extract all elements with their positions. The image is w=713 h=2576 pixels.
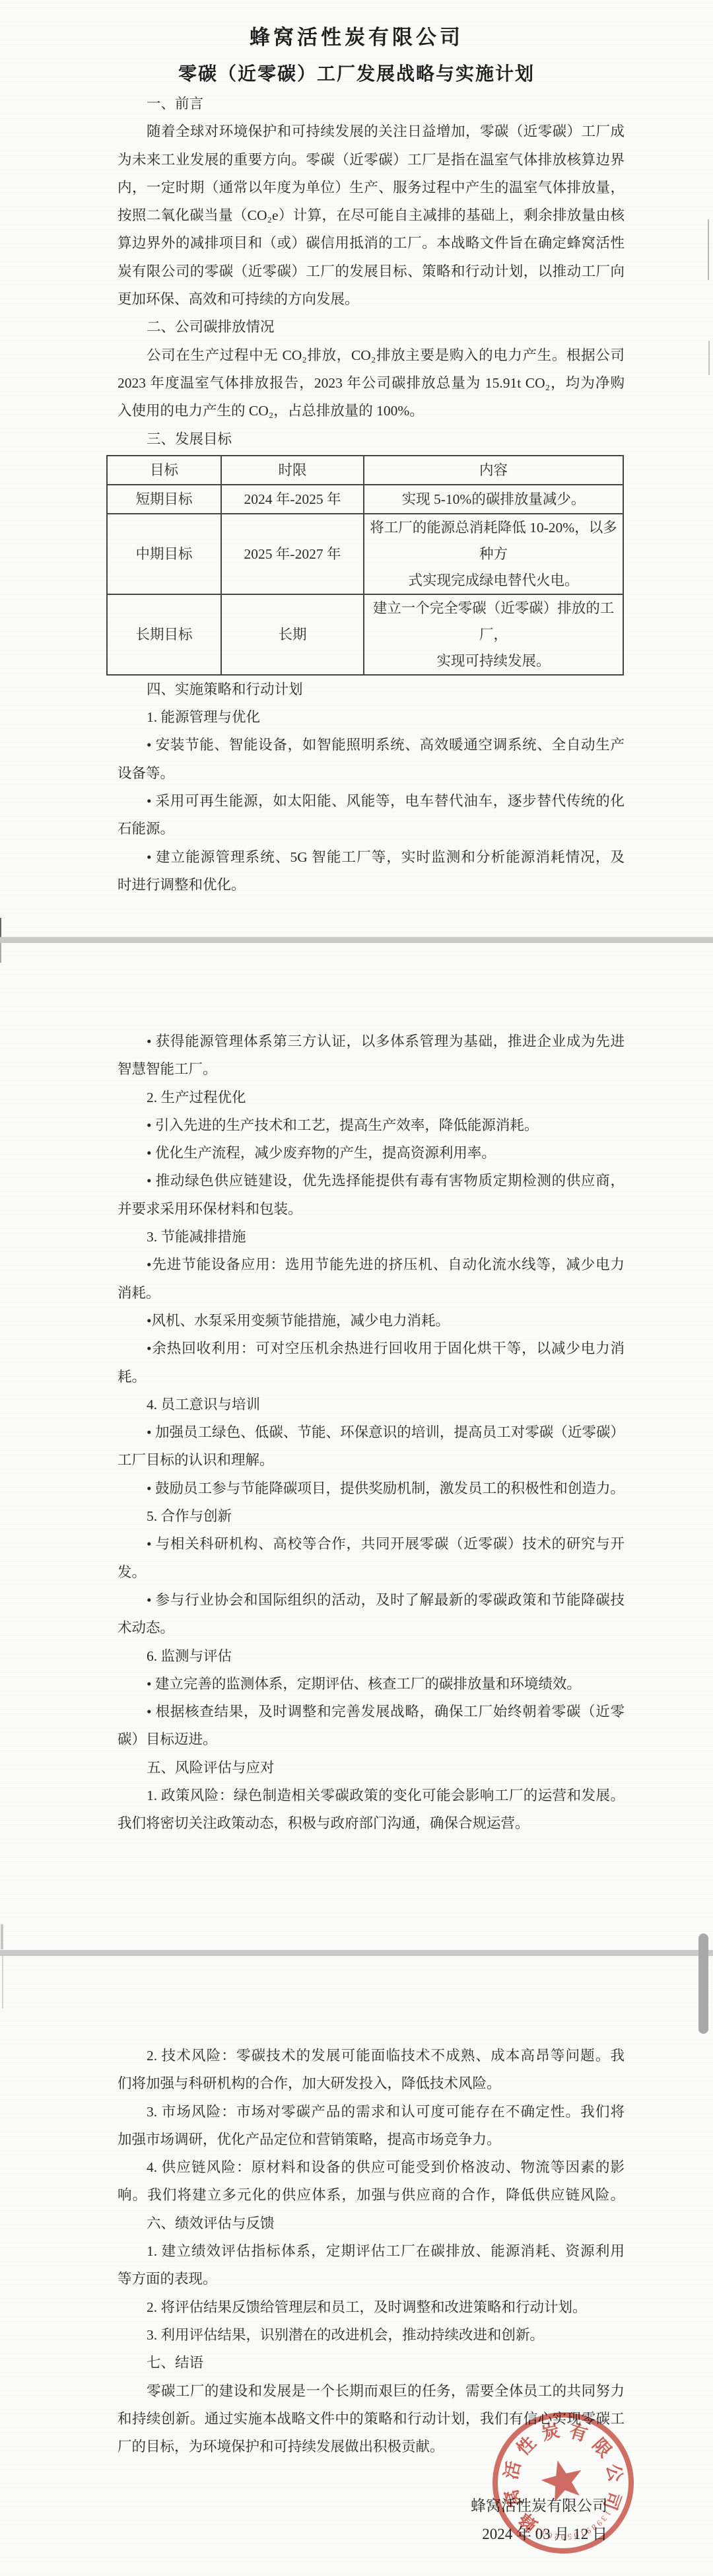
- svg-text:3: 3: [540, 2528, 547, 2538]
- table-header-goal: 目标: [107, 456, 221, 485]
- doc-line: 按照二氧化碳当量（CO₂e）计算，在尽可能自主减排的基础上，剩余排放量由核: [118, 201, 625, 229]
- doc-line: • 优化生产流程，减少废弃物的产生，提高资源利用率。: [118, 1139, 625, 1167]
- company-seal-stamp: 蜂窝活性炭有限公司 3302050198931: [484, 2404, 642, 2562]
- doc-line: 术动态。: [118, 1614, 625, 1642]
- table-header-period: 时限: [221, 456, 364, 485]
- section-heading: 五、风险评估与应对: [118, 1754, 625, 1782]
- table-cell-content: 实现 5-10%的碳排放量减少。: [364, 485, 623, 514]
- table-cell-line: 2025 年-2027 年: [222, 541, 363, 567]
- svg-text:0: 0: [547, 2530, 553, 2540]
- scrollbar-thumb[interactable]: [698, 1933, 708, 2034]
- doc-line: • 获得能源管理体系第三方认证，以多体系管理为基础，推进企业成为先进: [118, 1027, 625, 1055]
- table-cell-line: 目标: [108, 457, 221, 483]
- table-cell-content: 建立一个完全零碳（近零碳）排放的工厂，实现可持续发展。: [364, 594, 623, 675]
- document-company-title: 蜂窝活性炭有限公司: [0, 20, 713, 50]
- scan-artifact: [1, 1924, 3, 1949]
- doc-line: 更加环保、高效和可持续的方向发展。: [118, 285, 625, 313]
- scan-artifact: [708, 341, 710, 375]
- section-heading: 三、发展目标: [118, 425, 625, 453]
- doc-line: • 引入先进的生产技术和工艺，提高生产效率，降低能源消耗。: [118, 1111, 625, 1139]
- page-1: 蜂窝活性炭有限公司 零碳（近零碳）工厂发展战略与实施计划 一、前言随着全球对环境…: [0, 0, 713, 937]
- svg-text:窝: 窝: [500, 2487, 526, 2510]
- table-cell-line: 时限: [222, 457, 363, 483]
- doc-line: 4. 供应链风险：原材料和设备的供应可能受到价格波动、物流等因素的影: [118, 2153, 625, 2181]
- doc-line: 5. 合作与创新: [118, 1502, 625, 1530]
- table-cell-goal: 短期目标: [107, 485, 221, 514]
- section-heading: 一、前言: [118, 90, 625, 118]
- doc-line: 6. 监测与评估: [118, 1642, 625, 1670]
- svg-text:5: 5: [567, 2532, 572, 2542]
- doc-line: 入使用的电力产生的 CO₂，占总排放量的 100%。: [118, 397, 625, 425]
- table-cell-line: 实现可持续发展。: [364, 648, 623, 674]
- svg-text:炭: 炭: [539, 2421, 561, 2445]
- table-cell-line: 建立一个完全零碳（近零碳）排放的工厂，: [364, 595, 623, 648]
- page-2-content: • 获得能源管理体系第三方认证，以多体系管理为基础，推进企业成为先进智慧智能工厂…: [118, 1027, 625, 1838]
- table-cell-goal: 长期目标: [107, 594, 221, 675]
- table-cell-line: 长期: [222, 621, 363, 648]
- table-cell-line: 内容: [364, 457, 623, 483]
- table-cell-line: 式实现完成绿电替代火电。: [364, 567, 623, 594]
- scan-artifact: [2, 1956, 3, 2009]
- development-goals-table: 目标时限内容短期目标2024 年-2025 年实现 5-10%的碳排放量减少。中…: [106, 455, 624, 676]
- table-header-content: 内容: [364, 456, 623, 485]
- section-heading: 四、实施策略和行动计划: [118, 676, 625, 703]
- doc-line: • 推动绿色供应链建设，优先选择能提供有毒有害物质定期检测的供应商，: [118, 1167, 625, 1195]
- doc-line: • 与相关科研机构、高校等合作，共同开展零碳（近零碳）技术的研究与开: [118, 1530, 625, 1558]
- page-3: 2. 技术风险：零碳技术的发展可能面临技术不成熟、成本高昂等问题。我们将加强与科…: [0, 1956, 713, 2576]
- table-cell-period: 长期: [221, 594, 364, 675]
- doc-line: •先进节能设备应用：选用节能先进的挤压机、自动化流水线等，减少电力: [118, 1251, 625, 1278]
- doc-line: • 建立能源管理系统、5G 智能工厂等，实时监测和分析能源消耗情况，及: [118, 843, 625, 871]
- doc-line: • 参与行业协会和国际组织的活动，及时了解最新的零碳政策和节能降碳技: [118, 1586, 625, 1614]
- doc-line: 消耗。: [118, 1279, 625, 1307]
- doc-line: 零碳工厂的建设和发展是一个长期而艰巨的任务，需要全体员工的共同努力: [118, 2377, 625, 2405]
- doc-line: 2023 年度温室气体排放报告，2023 年公司碳排放总量为 15.91t CO…: [118, 369, 625, 397]
- doc-line: • 加强员工绿色、低碳、节能、环保意识的培训，提高员工对零碳（近零碳）: [118, 1418, 625, 1446]
- doc-line: 2. 生产过程优化: [118, 1084, 625, 1111]
- doc-line: 加强市场调研，优化产品定位和营销策略，提高市场竞争力。: [118, 2126, 625, 2153]
- table-cell-line: 中期目标: [108, 541, 221, 567]
- table-cell-line: 2024 年-2025 年: [222, 486, 363, 512]
- doc-line: • 根据核查结果，及时调整和完善发展战略，确保工厂始终朝着零碳（近零: [118, 1698, 625, 1725]
- table-cell-line: 短期目标: [108, 486, 221, 512]
- doc-line: 我们将密切关注政策动态，积极与政府部门沟通，确保合规运营。: [118, 1809, 625, 1837]
- svg-text:0: 0: [573, 2530, 579, 2540]
- svg-text:性: 性: [513, 2433, 539, 2459]
- doc-line: 石能源。: [118, 815, 625, 843]
- doc-line: •余热回收利用：可对空压机余热进行回收用于固化烘干等，以减少电力消: [118, 1335, 625, 1362]
- page-2: • 获得能源管理体系第三方认证，以多体系管理为基础，推进企业成为先进智慧智能工厂…: [0, 943, 713, 1950]
- doc-line: • 建立完善的监测体系，定期评估、核查工厂的碳排放量和环境绩效。: [118, 1670, 625, 1698]
- doc-line: 耗。: [118, 1363, 625, 1391]
- doc-line: 随着全球对环境保护和可持续发展的关注日益增加，零碳（近零碳）工厂成: [118, 118, 625, 145]
- svg-text:9: 9: [584, 2526, 592, 2536]
- doc-line: 2. 将评估结果反馈给管理层和员工，及时调整和改进策略和行动计划。: [118, 2293, 625, 2321]
- doc-line: 碳）目标迈进。: [118, 1725, 625, 1753]
- section-heading: 七、结语: [118, 2349, 625, 2377]
- doc-line: 工厂目标的认识和理解。: [118, 1446, 625, 1474]
- scan-artifact: [0, 943, 1, 963]
- svg-text:2: 2: [554, 2532, 559, 2542]
- doc-line: 4. 员工意识与培训: [118, 1391, 625, 1418]
- table-cell-content: 将工厂的能源总消耗降低 10-20%，以多种方式实现完成绿电替代火电。: [364, 514, 623, 594]
- document-scan-viewport: 蜂窝活性炭有限公司 零碳（近零碳）工厂发展战略与实施计划 一、前言随着全球对环境…: [0, 0, 713, 2576]
- table-cell-period: 2024 年-2025 年: [221, 485, 364, 514]
- svg-text:1: 1: [579, 2528, 586, 2538]
- table-cell-line: 长期目标: [108, 621, 221, 648]
- doc-line: 时进行调整和优化。: [118, 871, 625, 899]
- doc-line: 为未来工业发展的重要方向。零碳（近零碳）工厂是指在温室气体排放核算边界: [118, 146, 625, 174]
- doc-line: 1. 政策风险：绿色制造相关零碳政策的变化可能会影响工厂的运营和发展。: [118, 1782, 625, 1809]
- doc-line: • 采用可再生能源，如太阳能、风能等，电车替代油车，逐步替代传统的化: [118, 787, 625, 815]
- doc-line: 们将加强与科研机构的合作，加大研发投入，降低技术风险。: [118, 2070, 625, 2097]
- doc-line: •风机、水泵采用变频节能措施，减少电力消耗。: [118, 1307, 625, 1335]
- svg-text:限: 限: [589, 2435, 615, 2461]
- page-separator: [0, 1950, 713, 1956]
- scan-artifact: [708, 219, 709, 280]
- doc-line: 智慧智能工厂。: [118, 1055, 625, 1083]
- doc-line: • 鼓励员工参与节能降碳项目，提供奖励机制，激发员工的积极性和创造力。: [118, 1475, 625, 1502]
- table-cell-period: 2025 年-2027 年: [221, 514, 364, 594]
- doc-line: 公司在生产过程中无 CO₂排放，CO₂排放主要是购入的电力产生。根据公司: [118, 341, 625, 369]
- doc-line: 3. 市场风险：市场对零碳产品的需求和认可度可能存在不确定性。我们将: [118, 2098, 625, 2126]
- doc-line: • 安装节能、智能设备，如智能照明系统、高效暖通空调系统、全自动生产: [118, 731, 625, 759]
- document-title: 零碳（近零碳）工厂发展战略与实施计划: [0, 59, 713, 86]
- doc-line: 内，一定时期（通常以年度为单位）生产、服务过程中产生的温室气体排放量，: [118, 174, 625, 201]
- doc-line: 算边界外的减排项目和（或）碳信用抵消的工厂。本战略文件旨在确定蜂窝活性: [118, 229, 625, 257]
- doc-line: 炭有限公司的零碳（近零碳）工厂的发展目标、策略和行动计划，以推动工厂向: [118, 258, 625, 285]
- doc-line: 2. 技术风险：零碳技术的发展可能面临技术不成熟、成本高昂等问题。我: [118, 2042, 625, 2070]
- doc-line: 响。我们将建立多元化的供应体系，加强与供应商的合作，降低供应链风险。: [118, 2181, 625, 2209]
- seal-star-icon: [537, 2455, 587, 2503]
- svg-text:活: 活: [501, 2459, 525, 2481]
- section-heading: 六、绩效评估与反馈: [118, 2210, 625, 2237]
- table-cell-goal: 中期目标: [107, 514, 221, 594]
- svg-text:司: 司: [600, 2489, 625, 2513]
- doc-line: 1. 能源管理与优化: [118, 703, 625, 731]
- page-separator: [0, 937, 713, 943]
- doc-line: 并要求采用环保材料和包装。: [118, 1195, 625, 1223]
- section-heading: 二、公司碳排放情况: [118, 313, 625, 341]
- doc-line: 1. 建立绩效评估指标体系，定期评估工厂在碳排放、能源消耗、资源利用: [118, 2237, 625, 2265]
- scan-artifact: [0, 918, 1, 937]
- svg-text:0: 0: [561, 2532, 565, 2542]
- doc-line: 3. 利用评估结果，识别潜在的改进机会，推动持续改进和创新。: [118, 2321, 625, 2349]
- svg-text:有: 有: [567, 2421, 590, 2445]
- svg-text:公: 公: [603, 2462, 626, 2484]
- table-cell-line: 实现 5-10%的碳排放量减少。: [364, 486, 623, 512]
- doc-line: 发。: [118, 1558, 625, 1586]
- page-1-content: 一、前言随着全球对环境保护和可持续发展的关注日益增加，零碳（近零碳）工厂成为未来…: [118, 90, 625, 899]
- table-cell-line: 将工厂的能源总消耗降低 10-20%，以多种方: [364, 514, 623, 567]
- seal-serial-number: 3302050198931: [532, 2507, 617, 2550]
- doc-line: 设备等。: [118, 759, 625, 787]
- doc-line: 3. 节能减排措施: [118, 1223, 625, 1251]
- doc-line: 等方面的表现。: [118, 2265, 625, 2293]
